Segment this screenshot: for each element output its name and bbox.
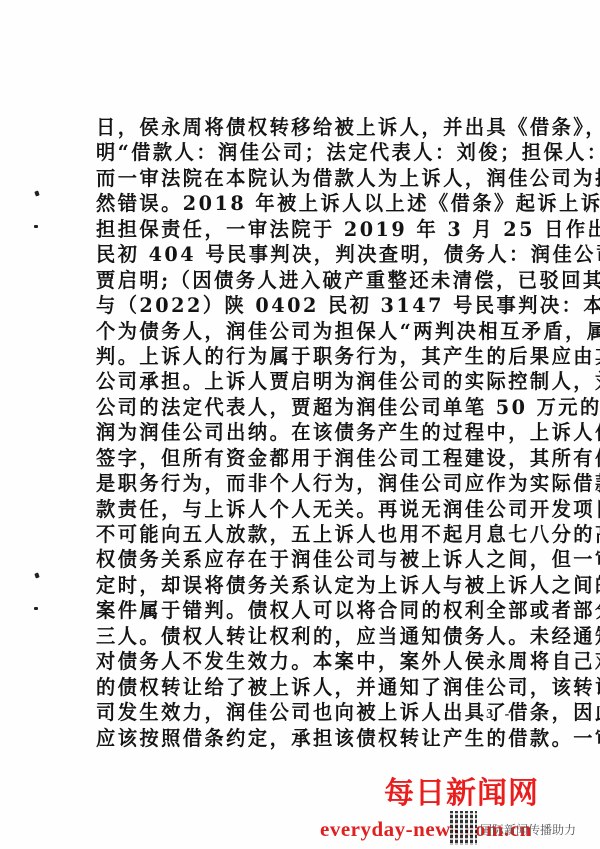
text-line: 定时，却误将债务关系认定为上诉人与被上诉人之间的债务，此	[96, 573, 499, 598]
text-line: 判。上诉人的行为属于职务行为，其产生的后果应由其法人润佳	[96, 344, 499, 369]
text-line: 担担保责任，一审法院于 2019 年 3 月 25 日作出（2019）陕 040…	[96, 217, 499, 242]
text-line: 是职务行为，而非个人行为，润佳公司应作为实际借款人承担还	[96, 471, 499, 496]
text-line: 对债务人不发生效力。本案中，案外人侯永周将自己对润佳公司	[96, 649, 499, 674]
page-number: - 3 -	[470, 707, 513, 723]
text-line: 应该按照借条约定，承担该债权转让产生的借款。一审法院适用	[96, 726, 499, 751]
body-text: 日，侯永周将债权转移给被上诉人，并出具《借条》，借条上载 明“借款人：润佳公司；…	[96, 115, 516, 751]
watermark-site-name: 每日新闻网	[384, 776, 539, 812]
text-line: 三人。债权人转让权利的，应当通知债务人。未经通知，该转让	[96, 624, 499, 649]
text-line: 贾启明;（因债务人进入破产重整还未清偿，已驳回其诉讼请求。）	[96, 268, 499, 293]
text-line: 与（2022）陕 0402 民初 3147 号民事判决：本院认为贾启明等五	[96, 293, 499, 318]
text-line: 然错误。2018 年被上诉人以上述《借条》起诉上诉人贾启明承	[96, 191, 499, 216]
text-line: 个为债务人，润佳公司为担保人“两判决相互矛盾，属于一案二	[96, 319, 499, 344]
binding-mark	[34, 572, 39, 578]
text-line: 公司承担。上诉人贾启明为润佳公司的实际控制人，刘俊为润佳	[96, 369, 499, 394]
text-line: 权债务关系应存在于润佳公司与被上诉人之间，但一审法院在认	[96, 547, 499, 572]
text-line: 而一审法院在本院认为借款人为上诉人，润佳公司为担保人，显	[96, 166, 499, 191]
text-line: 日，侯永周将债权转移给被上诉人，并出具《借条》，借条上载	[96, 115, 499, 140]
text-line: 不可能向五人放款，五上诉人也用不起月息七八分的高利贷。债	[96, 522, 499, 547]
text-line: 润为润佳公司出纳。在该债务产生的过程中，上诉人作为经办人	[96, 420, 499, 445]
document-page: 日，侯永周将债权转移给被上诉人，并出具《借条》，借条上载 明“借款人：润佳公司；…	[0, 0, 600, 849]
text-line: 公司的法定代表人，贾超为润佳公司单笔 50 万元的经办人，贾	[96, 395, 499, 420]
watermark-tagline: 国际新闻传播助力	[480, 822, 576, 838]
text-line: 明“借款人：润佳公司；法定代表人：刘俊；担保人：贾启明”。	[96, 140, 499, 165]
text-line: 案件属于错判。债权人可以将合同的权利全部或者部分转让给第	[96, 598, 499, 623]
binding-mark	[34, 607, 38, 610]
text-line: 司发生效力，润佳公司也向被上诉人出具了借条，因此润佳公司	[96, 700, 499, 725]
binding-mark	[34, 190, 39, 196]
text-line: 的债权转让给了被上诉人，并通知了润佳公司，该转让对润佳公	[96, 675, 499, 700]
qr-code-icon	[450, 811, 477, 845]
text-line: 民初 404 号民事判决，判决查明，债务人：润佳公司；担保人：	[96, 242, 499, 267]
binding-mark	[34, 225, 38, 228]
text-line: 签字，但所有资金都用于润佳公司工程建设，其所有借款行为都	[96, 446, 499, 471]
text-line: 款责任，与上诉人个人无关。再说无润佳公司开发项目，侯永周	[96, 497, 499, 522]
